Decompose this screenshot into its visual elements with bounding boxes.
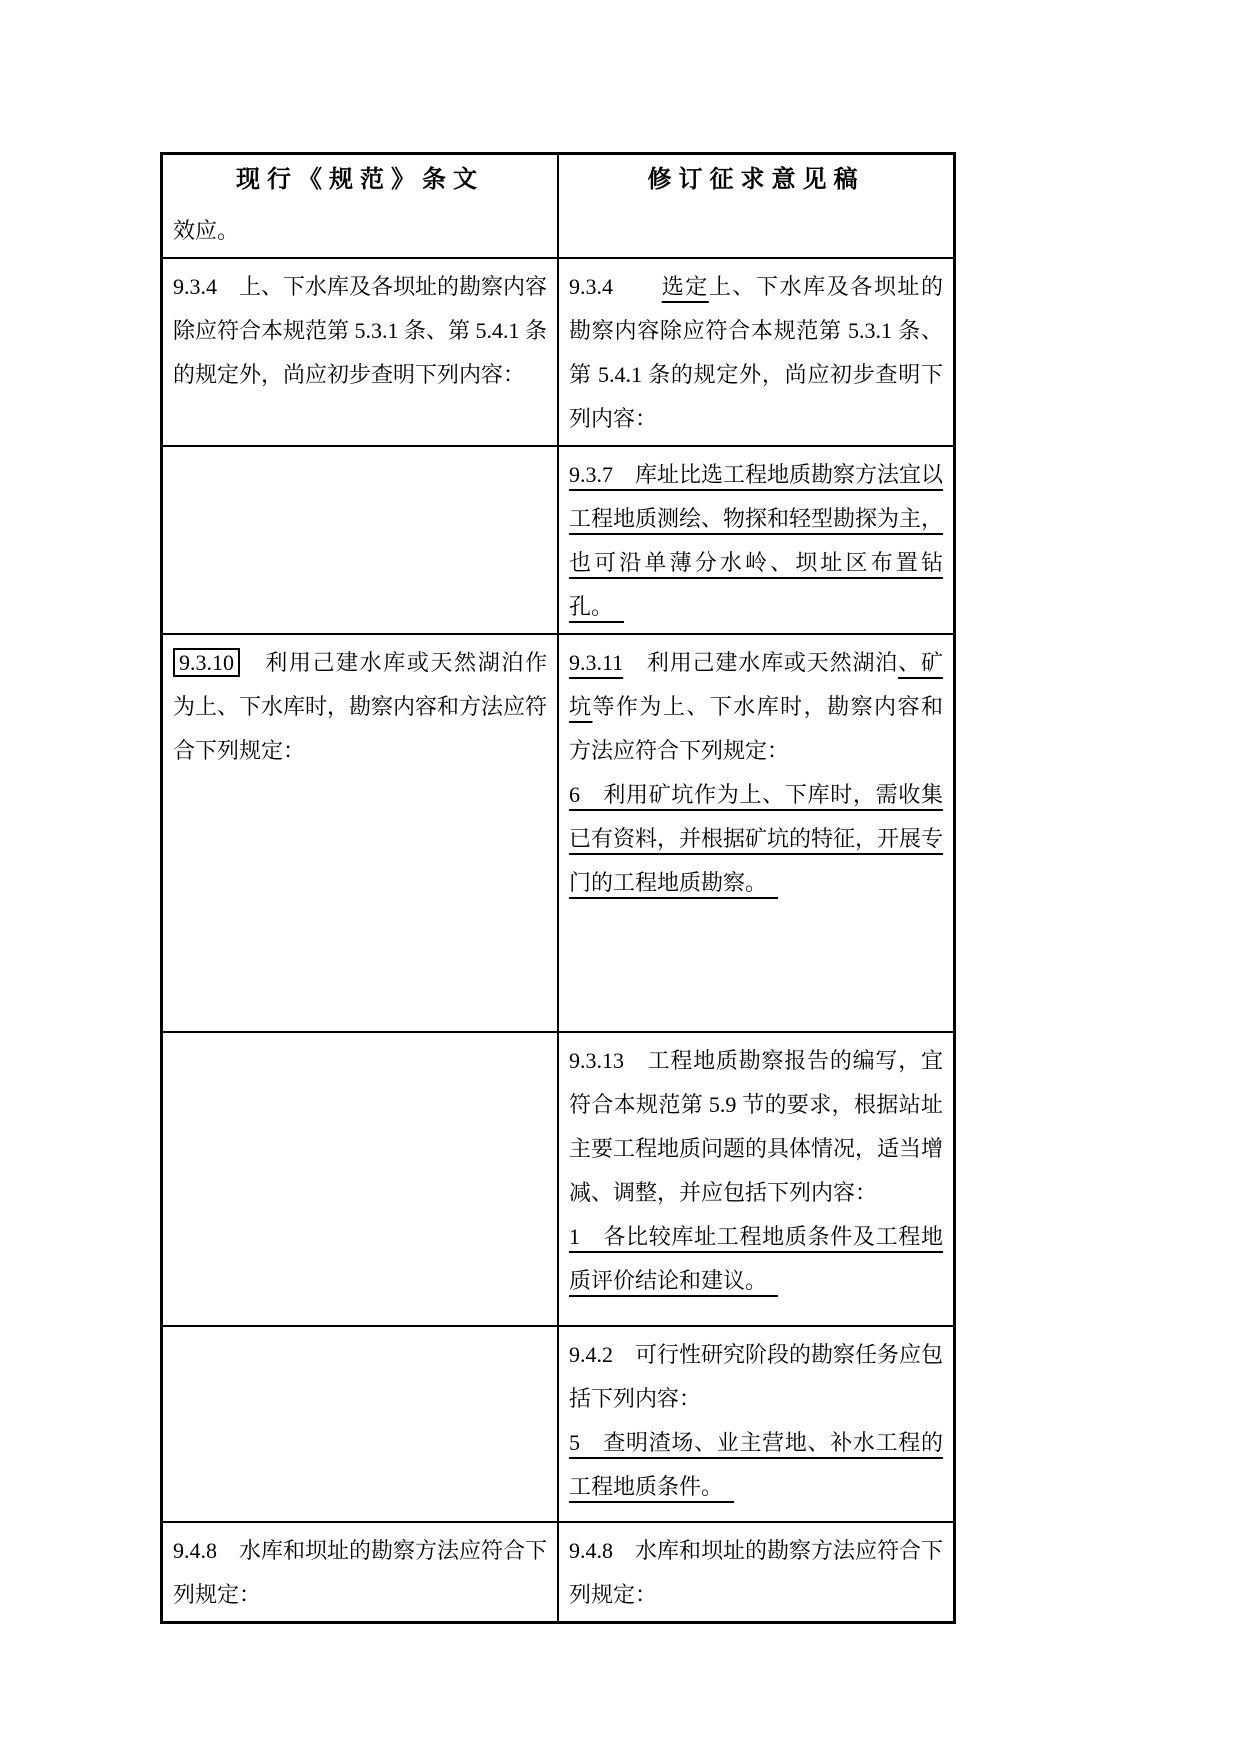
text-segment: 效应。 bbox=[173, 218, 239, 243]
text-segment: 9.3.13 工程地质勘察报告的编写，宜符合本规范第 5.9 节的要求，根据站址… bbox=[569, 1048, 943, 1205]
cell-revised-draft: 9.3.4 选定上、下水库及各坝址的勘察内容除应符合本规范第 5.3.1 条、第… bbox=[559, 259, 953, 445]
paragraph: 9.4.8 水库和坝址的勘察方法应符合下列规定： bbox=[173, 1529, 547, 1617]
boxed-clause-number: 9.3.10 bbox=[173, 648, 240, 677]
cell-revised-draft: 9.3.11 利用己建水库或天然湖泊、矿坑等作为上、下水库时，勘察内容和方法应符… bbox=[559, 635, 953, 1031]
header-revised-draft: 修订征求意见稿 bbox=[559, 155, 953, 203]
underlined-text-segment: 5 查明渣场、业主营地、补水工程的工程地质条件。 bbox=[569, 1430, 943, 1499]
paragraph: 9.3.13 工程地质勘察报告的编写，宜符合本规范第 5.9 节的要求，根据站址… bbox=[569, 1039, 943, 1215]
paragraph: 9.4.8 水库和坝址的勘察方法应符合下列规定： bbox=[569, 1529, 943, 1617]
paragraph: 5 查明渣场、业主营地、补水工程的工程地质条件。 bbox=[569, 1421, 943, 1509]
text-segment: 9.4.8 水库和坝址的勘察方法应符合下列规定： bbox=[173, 1538, 547, 1607]
cell-current-provision: 9.3.4 上、下水库及各坝址的勘察内容除应符合本规范第 5.3.1 条、第 5… bbox=[163, 259, 559, 445]
table-row: 9.4.2 可行性研究阶段的勘察任务应包括下列内容：5 查明渣场、业主营地、补水… bbox=[163, 1325, 953, 1521]
underlined-text-segment: 选定 bbox=[662, 274, 709, 299]
paragraph: 9.3.4 选定上、下水库及各坝址的勘察内容除应符合本规范第 5.3.1 条、第… bbox=[569, 265, 943, 441]
paragraph: 9.3.11 利用己建水库或天然湖泊、矿坑等作为上、下水库时，勘察内容和方法应符… bbox=[569, 641, 943, 773]
cell-current-provision bbox=[163, 447, 559, 633]
cell-current-provision bbox=[163, 1327, 559, 1521]
paragraph: 9.3.7 库址比选工程地质勘察方法宜以工程地质测绘、物探和轻型勘探为主，也可沿… bbox=[569, 453, 943, 629]
underlined-text-segment: 9.3.11 bbox=[569, 650, 623, 675]
cell-revised-draft: 9.4.2 可行性研究阶段的勘察任务应包括下列内容：5 查明渣场、业主营地、补水… bbox=[559, 1327, 953, 1521]
text-segment: 等作为上、下水库时，勘察内容和方法应符合下列规定： bbox=[569, 694, 943, 763]
text-segment: 9.4.8 水库和坝址的勘察方法应符合下列规定： bbox=[569, 1538, 943, 1607]
paragraph: 9.3.4 上、下水库及各坝址的勘察内容除应符合本规范第 5.3.1 条、第 5… bbox=[173, 265, 547, 397]
table-row: 9.3.13 工程地质勘察报告的编写，宜符合本规范第 5.9 节的要求，根据站址… bbox=[163, 1031, 953, 1325]
underlined-text-segment: 9.3.7 库址比选工程地质勘察方法宜以工程地质测绘、物探和轻型勘探为主，也可沿… bbox=[569, 462, 943, 619]
paragraph: 9.3.10 利用己建水库或天然湖泊作为上、下水库时，勘察内容和方法应符合下列规… bbox=[173, 641, 547, 773]
paragraph: 效应。 bbox=[173, 209, 547, 253]
cell-current-provision: 9.3.10 利用己建水库或天然湖泊作为上、下水库时，勘察内容和方法应符合下列规… bbox=[163, 635, 559, 1031]
table-row: 9.3.7 库址比选工程地质勘察方法宜以工程地质测绘、物探和轻型勘探为主，也可沿… bbox=[163, 445, 953, 633]
cell-current-provision: 9.4.8 水库和坝址的勘察方法应符合下列规定： bbox=[163, 1523, 559, 1621]
document-page: 现行《规范》条文 修订征求意见稿 效应。9.3.4 上、下水库及各坝址的勘察内容… bbox=[0, 0, 1240, 1753]
cell-current-provision bbox=[163, 1033, 559, 1325]
cell-revised-draft: 9.4.8 水库和坝址的勘察方法应符合下列规定： bbox=[559, 1523, 953, 1621]
paragraph: 1 各比较库址工程地质条件及工程地质评价结论和建议。 bbox=[569, 1215, 943, 1303]
table-body: 效应。9.3.4 上、下水库及各坝址的勘察内容除应符合本规范第 5.3.1 条、… bbox=[163, 203, 953, 1621]
header-current-provisions: 现行《规范》条文 bbox=[163, 155, 559, 203]
table-header-row: 现行《规范》条文 修订征求意见稿 bbox=[163, 155, 953, 203]
comparison-table: 现行《规范》条文 修订征求意见稿 效应。9.3.4 上、下水库及各坝址的勘察内容… bbox=[160, 152, 956, 1624]
text-segment: 9.3.4 上、下水库及各坝址的勘察内容除应符合本规范第 5.3.1 条、第 5… bbox=[173, 274, 547, 387]
cell-current-provision: 效应。 bbox=[163, 203, 559, 257]
table-row: 效应。 bbox=[163, 203, 953, 257]
paragraph: 9.4.2 可行性研究阶段的勘察任务应包括下列内容： bbox=[569, 1333, 943, 1421]
text-segment: 利用己建水库或天然湖泊 bbox=[623, 650, 898, 675]
paragraph: 6 利用矿坑作为上、下库时，需收集已有资料，并根据矿坑的特征，开展专门的工程地质… bbox=[569, 773, 943, 905]
cell-revised-draft: 9.3.13 工程地质勘察报告的编写，宜符合本规范第 5.9 节的要求，根据站址… bbox=[559, 1033, 953, 1325]
underlined-text-segment: 1 各比较库址工程地质条件及工程地质评价结论和建议。 bbox=[569, 1224, 943, 1293]
underlined-text-segment: 6 利用矿坑作为上、下库时，需收集已有资料，并根据矿坑的特征，开展专门的工程地质… bbox=[569, 782, 943, 895]
text-segment: 9.4.2 可行性研究阶段的勘察任务应包括下列内容： bbox=[569, 1342, 943, 1411]
cell-revised-draft: 9.3.7 库址比选工程地质勘察方法宜以工程地质测绘、物探和轻型勘探为主，也可沿… bbox=[559, 447, 953, 633]
table-row: 9.4.8 水库和坝址的勘察方法应符合下列规定：9.4.8 水库和坝址的勘察方法… bbox=[163, 1521, 953, 1621]
text-segment: 9.3.4 bbox=[569, 274, 662, 299]
cell-revised-draft bbox=[559, 203, 953, 257]
table-row: 9.3.4 上、下水库及各坝址的勘察内容除应符合本规范第 5.3.1 条、第 5… bbox=[163, 257, 953, 445]
table-row: 9.3.10 利用己建水库或天然湖泊作为上、下水库时，勘察内容和方法应符合下列规… bbox=[163, 633, 953, 1031]
